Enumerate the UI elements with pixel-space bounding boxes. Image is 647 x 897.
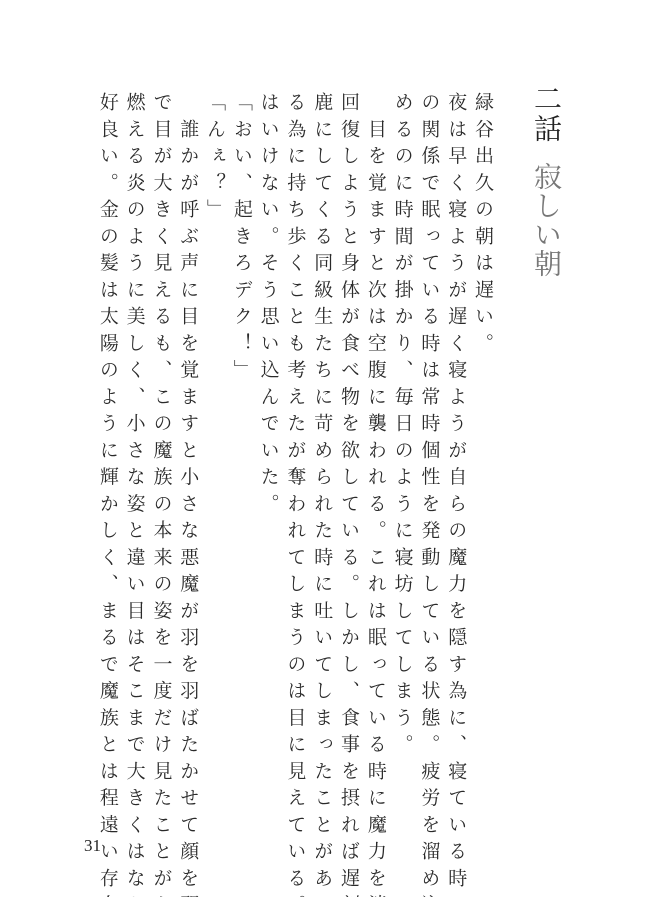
text-line: 回復しようと身体が食べ物を欲している。しかし、食事を摂れば遅刻は免れない。更に無… [335, 92, 362, 827]
chapter-heading: 二話寂しい朝 [530, 84, 562, 278]
text-line: めるのに時間が掛かり、毎日のように寝坊してしまう。 [389, 92, 416, 827]
text-line: 好良い。金の髪は太陽のように輝かしく、まるで魔族とは程遠い存在に見えた。 [94, 92, 121, 827]
text-line: はいけない。そう思い込んでいた。 [255, 92, 282, 827]
text-line: で目が大きく見えるも、この魔族の本来の姿を一度だけ見たことがある。その時の彼の瞳… [148, 92, 175, 827]
text-line: 誰かが呼ぶ声に目を覚ますと小さな悪魔が羽を羽ばたかせて顔を覗き込んでいた。小さな… [174, 92, 201, 827]
page-number: 31 [84, 836, 101, 856]
body-text: 緑谷出久の朝は遅い。 夜は早く寝ようが遅く寝ようが自らの魔力を隠す為に、寝ている… [94, 92, 496, 827]
chapter-number: 二話 [530, 84, 563, 144]
dialogue-line: 「んぇ？」 [201, 92, 228, 827]
book-page: 二話寂しい朝 緑谷出久の朝は遅い。 夜は早く寝ようが遅く寝ようが自らの魔力を隠す… [0, 0, 647, 897]
chapter-title: 寂しい朝 [530, 162, 563, 278]
text-line: る為に持ち歩くことも考えたが奪われてしまうのは目に見えている。だから朝食は食べな… [282, 92, 309, 827]
text-line: 鹿にしてくる同級生たちに苛められた時に吐いてしまったことがある。タイミングを見計… [308, 92, 335, 827]
text-line: 燃える炎のように美しく、小さな姿と違い目はそこまで大きくはなかった。そして整った… [121, 92, 148, 827]
text-line: 夜は早く寝ようが遅く寝ようが自らの魔力を隠す為に、寝ている時でも消費して魔力を抑… [442, 92, 469, 827]
text-line: 目を覚ますと次は空腹に襲われる。これは眠っている時に魔力を消費した関係で、消耗し… [362, 92, 389, 827]
text-line: 緑谷出久の朝は遅い。 [469, 92, 496, 827]
dialogue-line: 「おい、起きろデク！」 [228, 92, 255, 827]
text-line: の関係で眠っている時は常時個性を発動している状態。疲労を溜め込んでいるからこそ、… [416, 92, 443, 827]
